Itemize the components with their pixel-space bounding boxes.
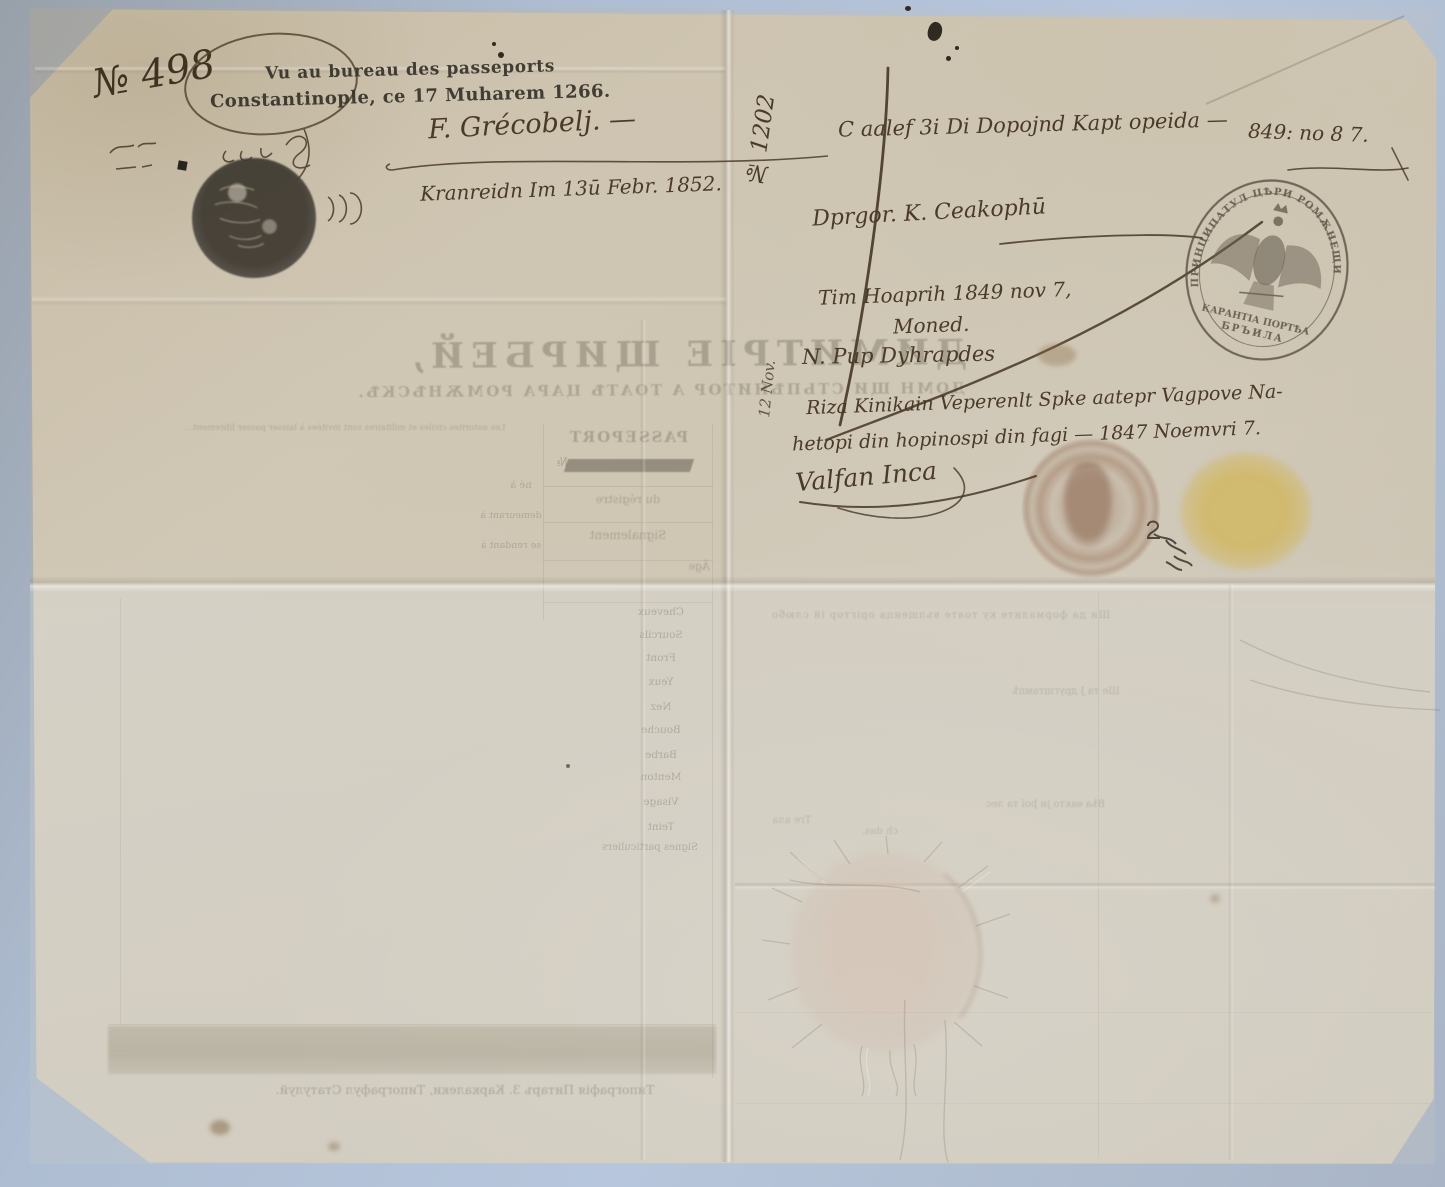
ink-speck-6 (566, 764, 570, 768)
ottoman-seal (188, 154, 320, 282)
descriptor-yeux: Yeux (612, 676, 710, 688)
braila-quarantine-stamp: ПРИНЦИПАТУЛ ЦѢРИ РОМѪНЕЩИ КАРАНТІА ПОРТѢ… (1165, 168, 1370, 373)
descriptor-front: Front (612, 652, 710, 664)
paper-wrinkle-lines (730, 580, 1445, 1165)
bleedthrough-number-smudge (564, 459, 694, 472)
ink-speck-3 (955, 46, 959, 50)
descriptor-nez: Nez (612, 701, 710, 713)
ink-scribble-marks (1140, 512, 1230, 582)
form-hline-1 (543, 486, 713, 487)
bleedthrough-passeport-header: PASSEPORT (548, 428, 708, 446)
crease-vertical-left-half (640, 320, 646, 1160)
bleedthrough-age-label: Âge (668, 560, 710, 573)
ink-speck-4 (498, 52, 504, 58)
descriptor-teint: Teint (612, 821, 710, 833)
form-hline-2 (543, 522, 713, 523)
descriptor-signes: Signes particuliers (588, 842, 712, 853)
brown-smudge-2 (210, 1120, 230, 1135)
form-hline-4 (543, 602, 713, 603)
descriptor-cheveux: Cheveux (612, 606, 710, 618)
bleedthrough-signalement-label: Signalement (548, 528, 708, 542)
brown-smudge-1 (1038, 344, 1076, 366)
frame-line-bottom-left (108, 1024, 716, 1025)
brown-smudge-4 (1210, 894, 1220, 903)
ink-speck-2 (946, 56, 951, 61)
bleedthrough-ne-a: né à (498, 480, 544, 491)
quadrant-tint-lower-left (30, 586, 728, 1164)
bleedthrough-demeurant: demeurant à (478, 510, 544, 521)
bleedthrough-se-rendant: se rendant à (478, 540, 544, 551)
bleedthrough-border-band (108, 1026, 716, 1074)
descriptor-visage: Visage (612, 796, 710, 808)
descriptor-barbe: Barbe (612, 749, 710, 761)
ink-speck-1 (905, 6, 911, 11)
bleedthrough-register-label: du régistre (548, 492, 708, 506)
descriptor-bouche: Bouche (612, 724, 710, 736)
photograph-of-historical-passport: ДИМИТРІЕ ЩИРБЕЙ, ДОМН ЩИ СТЬПѢНИТОР А ТО… (0, 0, 1445, 1187)
bleedthrough-imprint: Типографія Питаръ З. Каркалеки, Типограф… (225, 1082, 705, 1097)
descriptor-menton: Menton (612, 771, 710, 783)
bleedthrough-form-notice: Les autorités civiles et militaires sont… (150, 423, 540, 433)
ink-speck-5 (492, 42, 496, 46)
brown-smudge-3 (328, 1142, 340, 1151)
ottoman-seal-script (188, 154, 320, 282)
frame-line-left (120, 598, 121, 1025)
descriptor-sourcils: Sourcils (612, 629, 710, 641)
crease-horizontal-left-middle (32, 296, 726, 306)
